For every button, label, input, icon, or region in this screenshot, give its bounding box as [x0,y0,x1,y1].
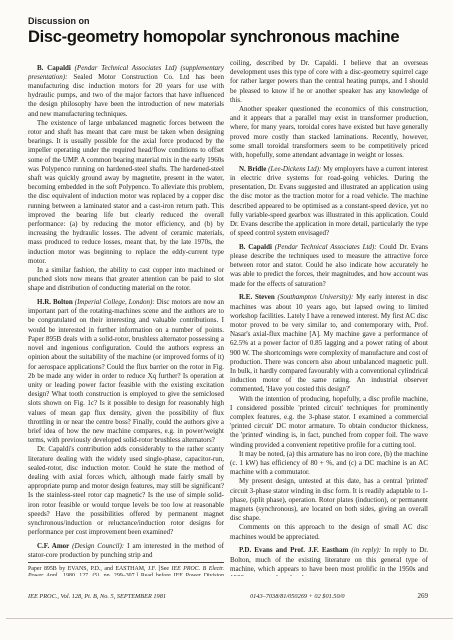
speaker-name: P.D. Evans and Prof. J.F. Eastham [239,546,351,554]
speaker-affiliation: (Design Council): [72,542,127,550]
footnote-text: Paper 895B by EVANS, P.D., and EASTHAM, … [28,566,224,576]
para-text: It may be noted, (a) this armature has n… [230,450,428,476]
para-amor-continuation: coiling, described by Dr. Capaldi. I bel… [230,59,428,105]
para-cast-copper: In a similar fashion, the ability to cas… [28,266,224,294]
para-bridle: N. Bridle (Lee-Dickens Ltd): My employer… [230,165,428,239]
page-number: 269 [418,592,429,600]
para-bolton: H.R. Bolton (Imperial College, London): … [28,298,224,445]
page-footer: IEE PROC., Vol. 128, Pt. B, No. 5, SEPTE… [28,592,428,601]
para-text: coiling, described by Dr. Capaldi. I bel… [230,59,428,104]
speaker-name: B. Capaldi [239,243,275,251]
para-text: Disc motors are now an important part of… [28,298,224,444]
journal-citation: IEE PROC., Vol. 128, Pt. B, No. 5, SEPTE… [28,593,250,601]
para-economics: Another speaker questioned the economics… [230,105,428,160]
scan-edge-line [6,618,453,619]
footnote-part1: Paper 895B by EVANS, P.D., and EASTHAM, … [28,566,172,572]
footnote-rule [28,562,224,563]
para-capaldi-question: B. Capaldi (Pendar Technical Associates … [230,243,428,289]
speaker-affiliation: (in reply): [351,546,384,554]
para-text: Another speaker questioned the economics… [230,105,428,159]
para-text: In a similar fashion, the ability to cas… [28,266,224,292]
speaker-affiliation: (Imperial College, London): [75,298,157,306]
speaker-name: H.R. Bolton [37,298,75,306]
speaker-name: C.F. Amor [37,542,72,550]
para-text: Comments on this approach to the design … [230,523,428,540]
speaker-name: B. Capaldi [37,64,75,72]
issn-code: 0143–7038/81/050269 + 02 $01.50/0 [250,593,418,601]
para-text: The existence of large unbalanced magnet… [28,119,224,265]
page-content: Discussion on Disc-geometry homopolar sy… [28,16,428,576]
document-page: Discussion on Disc-geometry homopolar sy… [0,0,453,640]
speaker-affiliation: (Lee-Dickens Ltd): [268,165,323,173]
para-text: My present design, untested at this date… [230,477,428,522]
two-column-body: B. Capaldi (Pendar Technical Associates … [28,59,428,576]
speaker-affiliation: (Southampton University): [278,293,357,301]
footnote: Paper 895B by EVANS, P.D., and EASTHAM, … [28,560,224,576]
para-text: My early interest in disc machines was a… [230,293,428,393]
para-text: With the intention of producing, hopeful… [230,395,428,449]
right-column: coiling, described by Dr. Capaldi. I bel… [230,59,428,576]
para-present-design: My present design, untested at this date… [230,477,428,523]
para-steven: R.E. Steven (Southampton University): My… [230,293,428,394]
para-comments: Comments on this approach to the design … [230,523,428,541]
para-noted-points: It may be noted, (a) this armature has n… [230,450,428,478]
para-amor: C.F. Amor (Design Council): I am interes… [28,542,224,560]
speaker-name: R.E. Steven [239,293,278,301]
para-capaldi-opening: B. Capaldi (Pendar Technical Associates … [28,64,224,119]
speaker-name: N. Bridle [239,165,268,173]
speaker-affiliation: (Pendar Technical Associates Ltd): [275,243,380,251]
para-text: Dr. Capaldi's contribution adds consider… [28,445,224,536]
para-bearing-forces: The existence of large unbalanced magnet… [28,119,224,266]
section-kicker: Discussion on [28,16,428,27]
para-evans-eastham-reply: P.D. Evans and Prof. J.F. Eastham (in re… [230,546,428,576]
para-text: My employers have a current interest in … [230,165,428,237]
para-capaldi-contribution: Dr. Capaldi's contribution adds consider… [28,445,224,537]
para-printed-circuit: With the intention of producing, hopeful… [230,395,428,450]
page-title: Disc-geometry homopolar synchronous mach… [28,28,428,47]
left-column: B. Capaldi (Pendar Technical Associates … [28,59,224,576]
